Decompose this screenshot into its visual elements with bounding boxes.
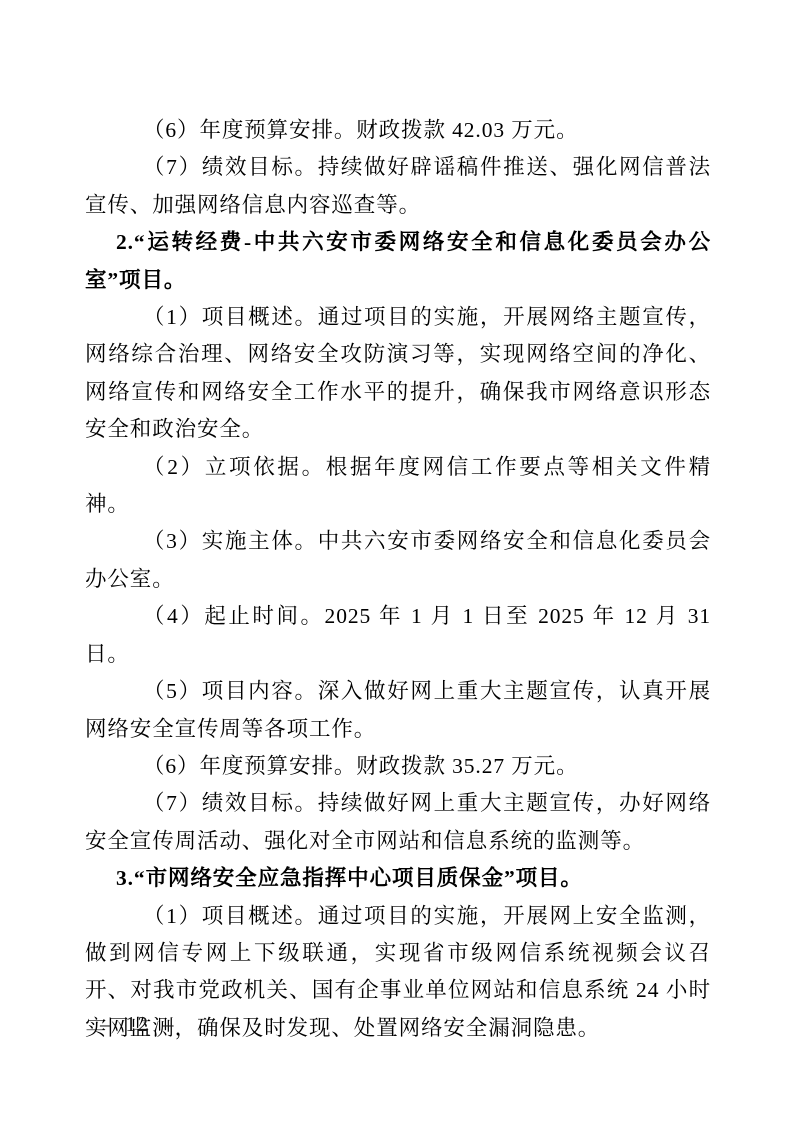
- para-project2-item6-annual-budget-35.27: （6）年度预算安排。财政拨款 35.27 万元。: [85, 748, 711, 785]
- para-project2-item4-start-end-dates: （4）起止时间。2025 年 1 月 1 日至 2025 年 12 月 31 日…: [85, 598, 711, 673]
- para-project2-item7-performance-goals: （7）绩效目标。持续做好网上重大主题宣传，办好网络安全宣传周活动、强化对全市网站…: [85, 785, 711, 860]
- document-body: （6）年度预算安排。财政拨款 42.03 万元。 （7）绩效目标。持续做好辟谣稿…: [85, 112, 711, 1047]
- para-project2-item5-content: （5）项目内容。深入做好网上重大主题宣传，认真开展网络安全宣传周等各项工作。: [85, 673, 711, 748]
- para-item7-performance-goals-1: （7）绩效目标。持续做好辟谣稿件推送、强化网信普法宣传、加强网络信息内容巡查等。: [85, 149, 711, 224]
- heading-project-3-quality-guarantee-fund: 3.“市网络安全应急指挥中心项目质保金”项目。: [85, 860, 711, 897]
- document-page: （6）年度预算安排。财政拨款 42.03 万元。 （7）绩效目标。持续做好辟谣稿…: [0, 0, 793, 1122]
- page-number: – 12 –: [100, 1012, 175, 1037]
- para-item6-annual-budget-42.03: （6）年度预算安排。财政拨款 42.03 万元。: [85, 112, 711, 149]
- heading-project-2-operating-funds: 2.“运转经费-中共六安市委网络安全和信息化委员会办公室”项目。: [85, 224, 711, 299]
- para-project2-item2-basis: （2）立项依据。根据年度网信工作要点等相关文件精神。: [85, 449, 711, 524]
- para-project3-item1-overview: （1）项目概述。通过项目的实施，开展网上安全监测，做到网信专网上下级联通，实现省…: [85, 898, 711, 1048]
- para-project2-item1-overview: （1）项目概述。通过项目的实施，开展网络主题宣传，网络综合治理、网络安全攻防演习…: [85, 299, 711, 449]
- para-project2-item3-implementing-body: （3）实施主体。中共六安市委网络安全和信息化委员会办公室。: [85, 523, 711, 598]
